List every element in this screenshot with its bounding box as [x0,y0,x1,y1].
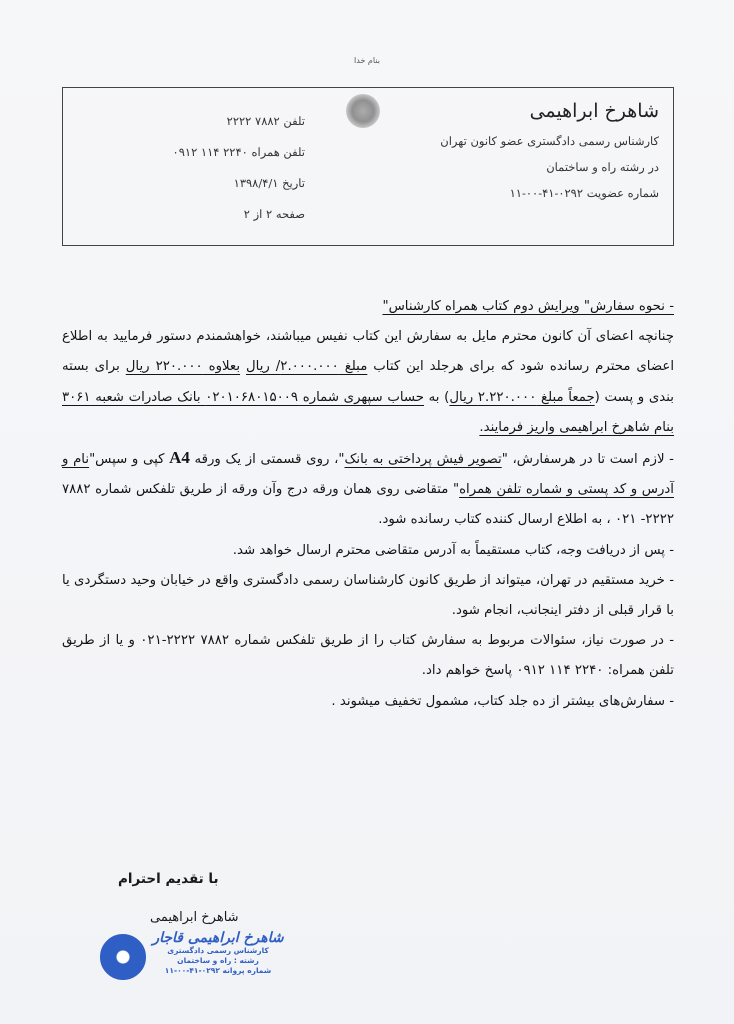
page-number: صفحه ۲ از ۲ [85,207,305,221]
stamp-seal-icon [100,934,146,980]
document-page: بنام خدا شاهرخ ابراهیمی کارشناس رسمی داد… [0,0,734,1024]
mobile-number: تلفن همراه ۲۲۴۰ ۱۱۴ ۰۹۱۲ [85,145,305,159]
text: کپی و سپس" [89,452,169,467]
text: "، روی قسمتی از یک ورقه [190,452,345,467]
shipping-amount: بعلاوه ۲۲۰.۰۰۰ ریال [126,359,240,374]
stamp-license: شماره پروانه ۰۲۹۲-۴۱-۰۰-۱۱ [148,966,288,976]
bismillah-header: بنام خدا [0,56,734,65]
closing-regards: با تقدیم احترام [118,871,219,887]
paper-size: A4 [169,448,190,467]
letter-body: - نحوه سفارش" ویرایش دوم کتاب همراه کارش… [62,292,674,717]
paragraph-delivery: - پس از دریافت وجه، کتاب مستقیماً به آدر… [62,536,674,566]
phone-number: تلفن ۷۸۸۲ ۲۲۲۲ [85,114,305,128]
total-amount: جمعاً مبلغ ۲.۲۲۰.۰۰۰ ریال [449,390,594,405]
stamp-title: کارشناس رسمی دادگستری [148,946,288,956]
receipt-image-note: تصویر فیش پرداختی به بانک [345,452,502,467]
author-field: در رشته راه و ساختمان [369,160,659,174]
signature-block: با تقدیم احترام [118,871,219,887]
letterhead-identity: شاهرخ ابراهیمی کارشناس رسمی دادگستری عضو… [369,98,659,200]
paragraph-questions: - در صورت نیاز، سئوالات مربوط به سفارش ک… [62,626,674,686]
paragraph-receipt: - لازم است تا در هرسفارش، "تصویر فیش پرد… [62,443,674,536]
stamp-name: شاهرخ ابراهیمی قاجار [148,930,288,946]
official-stamp: شاهرخ ابراهیمی قاجار کارشناس رسمی دادگست… [100,930,290,992]
section-heading: - نحوه سفارش" ویرایش دوم کتاب همراه کارش… [62,292,674,322]
author-name: شاهرخ ابراهیمی [369,100,659,122]
membership-number: شماره عضویت ۰۲۹۲-۴۱-۰۰-۱۱ [369,186,659,200]
letter-date: تاریخ ۱۳۹۸/۴/۱ [85,176,305,190]
letterhead-box: شاهرخ ابراهیمی کارشناس رسمی دادگستری عضو… [62,87,674,246]
stamp-field: رشته : راه و ساختمان [148,956,288,966]
stamp-text: شاهرخ ابراهیمی قاجار کارشناس رسمی دادگست… [148,930,288,976]
paragraph-payment: چنانچه اعضای آن کانون محترم مایل به سفار… [62,322,674,443]
author-title: کارشناس رسمی دادگستری عضو کانون تهران [369,134,659,148]
paragraph-direct-purchase: - خرید مستقیم در تهران، میتواند از طریق … [62,566,674,626]
price-amount: مبلغ ۲.۰۰۰.۰۰۰/ ریال [246,359,367,374]
text: - لازم است تا در هرسفارش، " [502,452,674,467]
letterhead-contact: تلفن ۷۸۸۲ ۲۲۲۲ تلفن همراه ۲۲۴۰ ۱۱۴ ۰۹۱۲ … [85,114,305,238]
signatory-name: شاهرخ ابراهیمی [150,910,239,925]
text: ) به [424,390,449,405]
paragraph-discount: - سفارش‌های بیشتر از ده جلد کتاب، مشمول … [62,687,674,717]
